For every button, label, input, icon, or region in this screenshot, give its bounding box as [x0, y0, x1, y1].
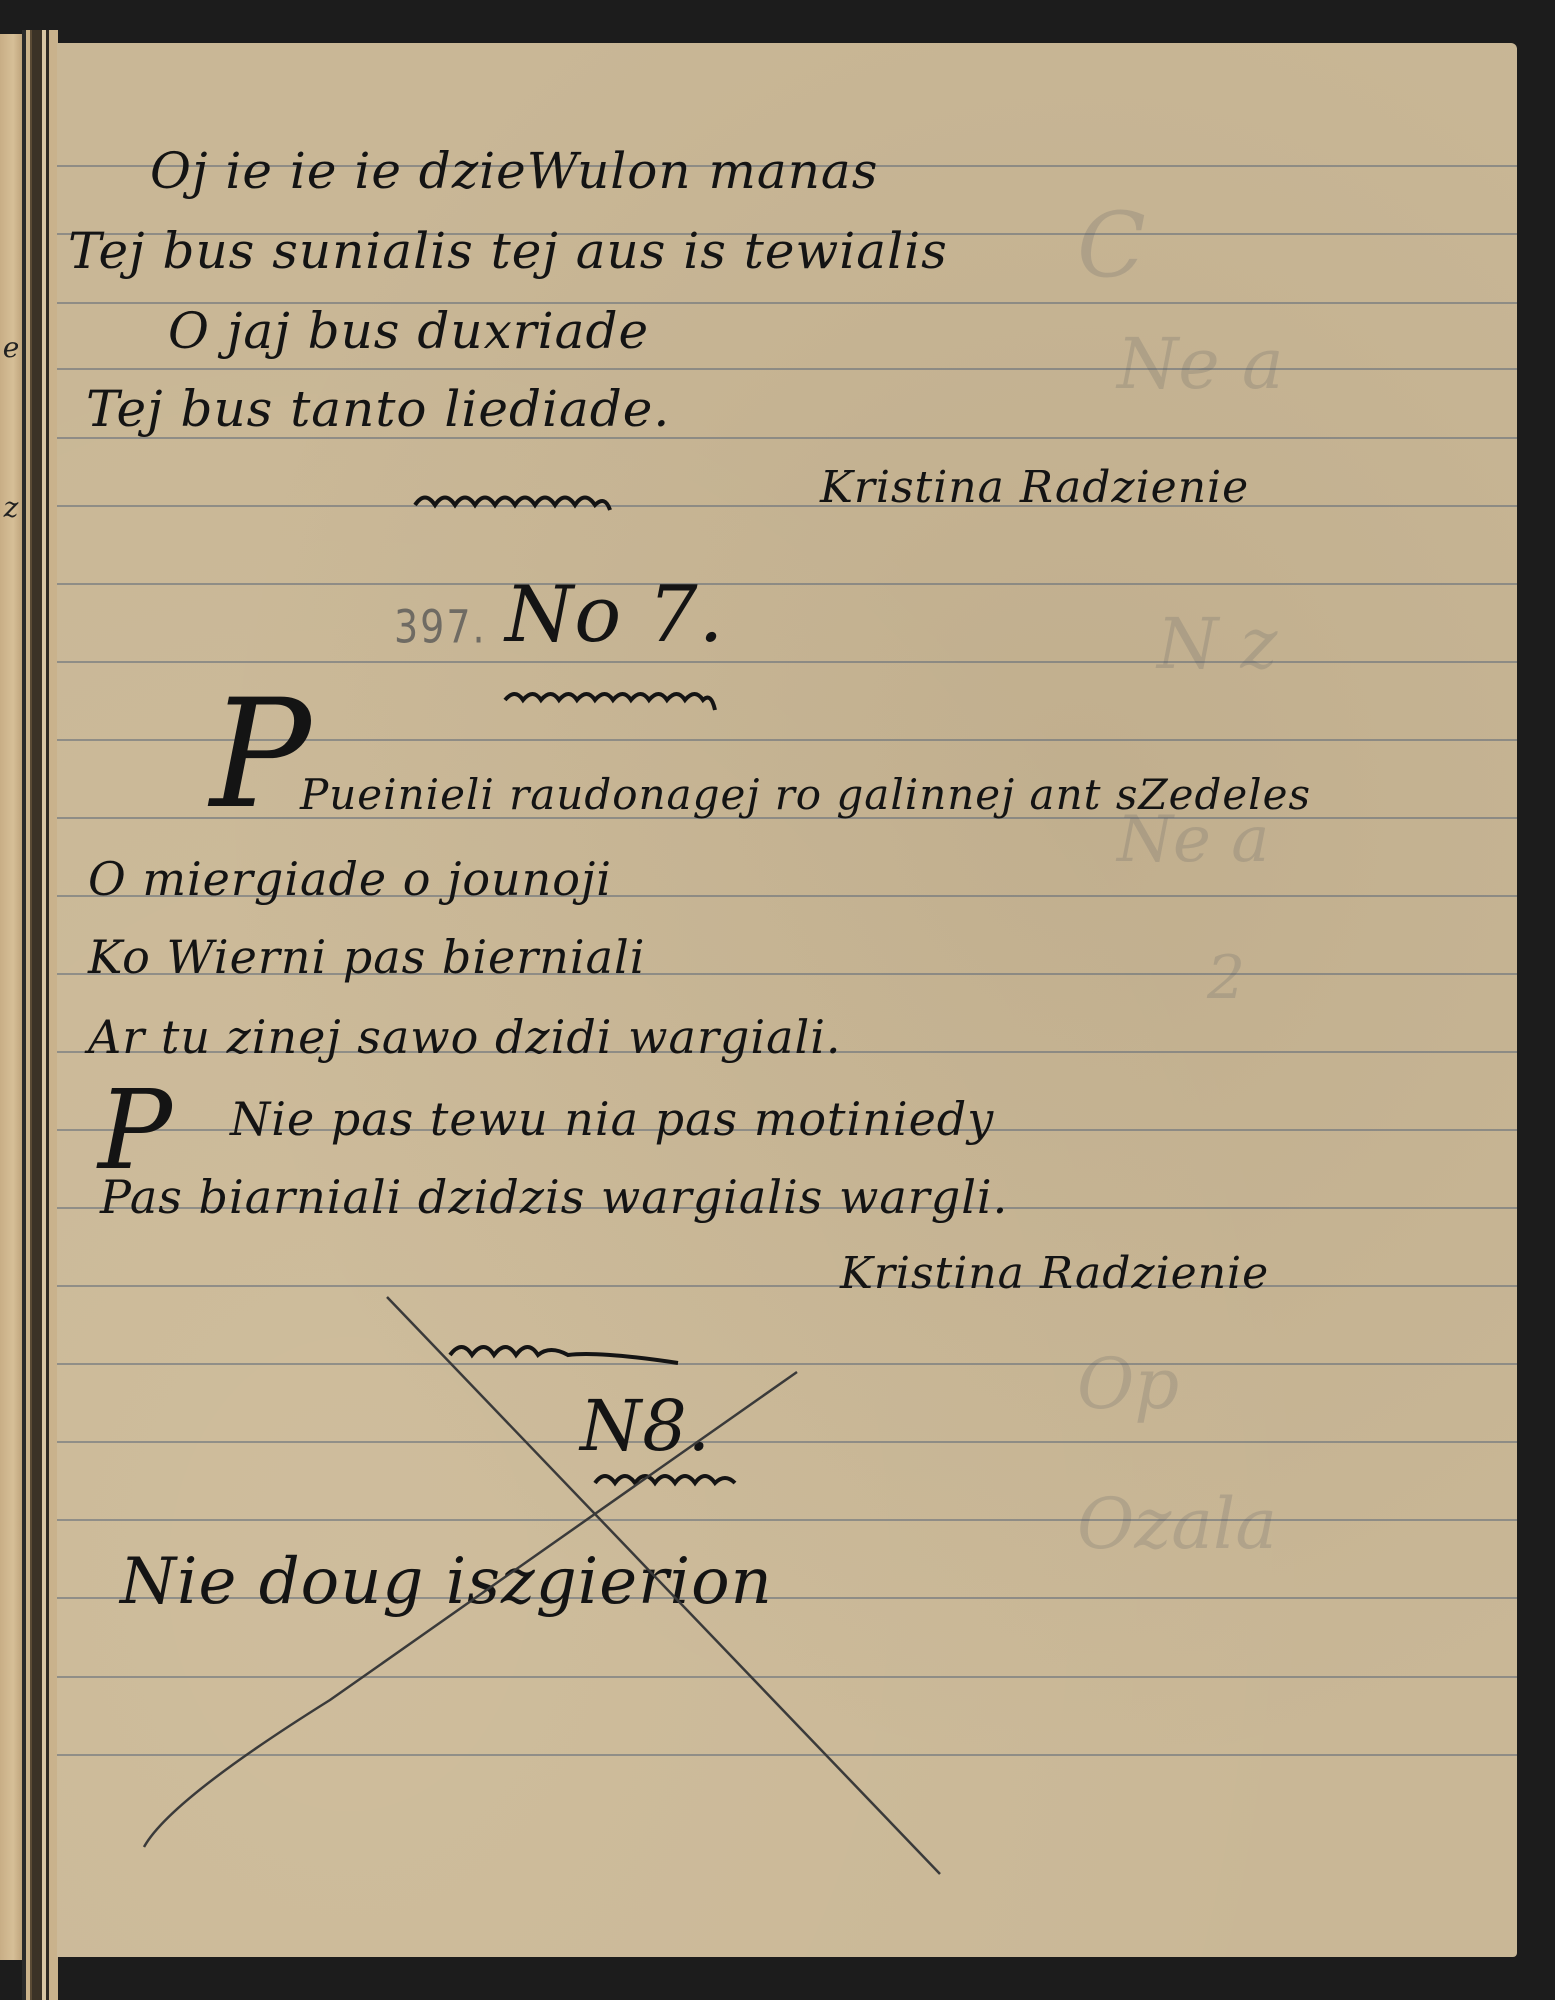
- ruled-line: [57, 1363, 1517, 1365]
- ruled-line: [57, 1441, 1517, 1443]
- squiggle-divider: [410, 480, 710, 520]
- bleed-through-text: Ne a: [1117, 323, 1284, 405]
- adjacent-page-strip: e z: [0, 34, 22, 1960]
- verse-line: O miergiade o jounoji: [88, 852, 612, 906]
- verse-line: Tej bus sunialis tej aus is tewialis: [68, 222, 948, 280]
- song-number-heading: N8.: [580, 1385, 711, 1467]
- verse-line: Pueinieli raudonagej ro galinnej ant sZe…: [300, 770, 1311, 819]
- verse-line: O jaj bus duxriade: [168, 302, 649, 360]
- catalog-number: 397.: [394, 601, 487, 654]
- bleed-through-text: Op: [1077, 1343, 1179, 1425]
- verse-line: Ar tu zinej sawo dzidi wargiali.: [88, 1010, 842, 1064]
- verse-line: Nie doug iszgierion: [120, 1545, 773, 1619]
- ruled-line: [57, 505, 1517, 507]
- bleed-through-text: 2: [1207, 943, 1245, 1013]
- ruled-line: [57, 1754, 1517, 1756]
- adjacent-page-char: e: [0, 334, 22, 362]
- bleed-through-text: N z: [1157, 603, 1277, 685]
- ruled-line: [57, 661, 1517, 663]
- verse-line: Oj ie ie ie dzieWulon manas: [150, 142, 878, 200]
- adjacent-page-char: z: [0, 494, 22, 522]
- bleed-through-text: Ozala: [1077, 1483, 1277, 1565]
- verse-line: Tej bus tanto liediade.: [86, 380, 670, 438]
- squiggle-divider: [590, 1465, 770, 1495]
- bleed-through-text: C: [1077, 193, 1146, 298]
- decorative-initial: P: [98, 1075, 172, 1185]
- verse-line: Ko Wierni pas bierniali: [88, 930, 645, 984]
- notebook-spine: [22, 30, 58, 2000]
- ruled-line: [57, 583, 1517, 585]
- ruled-line: [57, 1285, 1517, 1287]
- verse-line: Nie pas tewu nia pas motiniedy: [230, 1092, 994, 1146]
- ruled-line: [57, 1676, 1517, 1678]
- signature: Kristina Radzienie: [840, 1248, 1269, 1299]
- ruled-line: [57, 368, 1517, 370]
- squiggle-divider: [445, 1335, 705, 1375]
- decorative-initial: P: [210, 680, 311, 830]
- signature: Kristina Radzienie: [820, 462, 1249, 513]
- ruled-line: [57, 1519, 1517, 1521]
- verse-line: Pas biarniali dzidzis wargialis wargli.: [100, 1170, 1008, 1224]
- song-number-heading: No 7.: [505, 570, 724, 660]
- squiggle-divider: [500, 685, 770, 715]
